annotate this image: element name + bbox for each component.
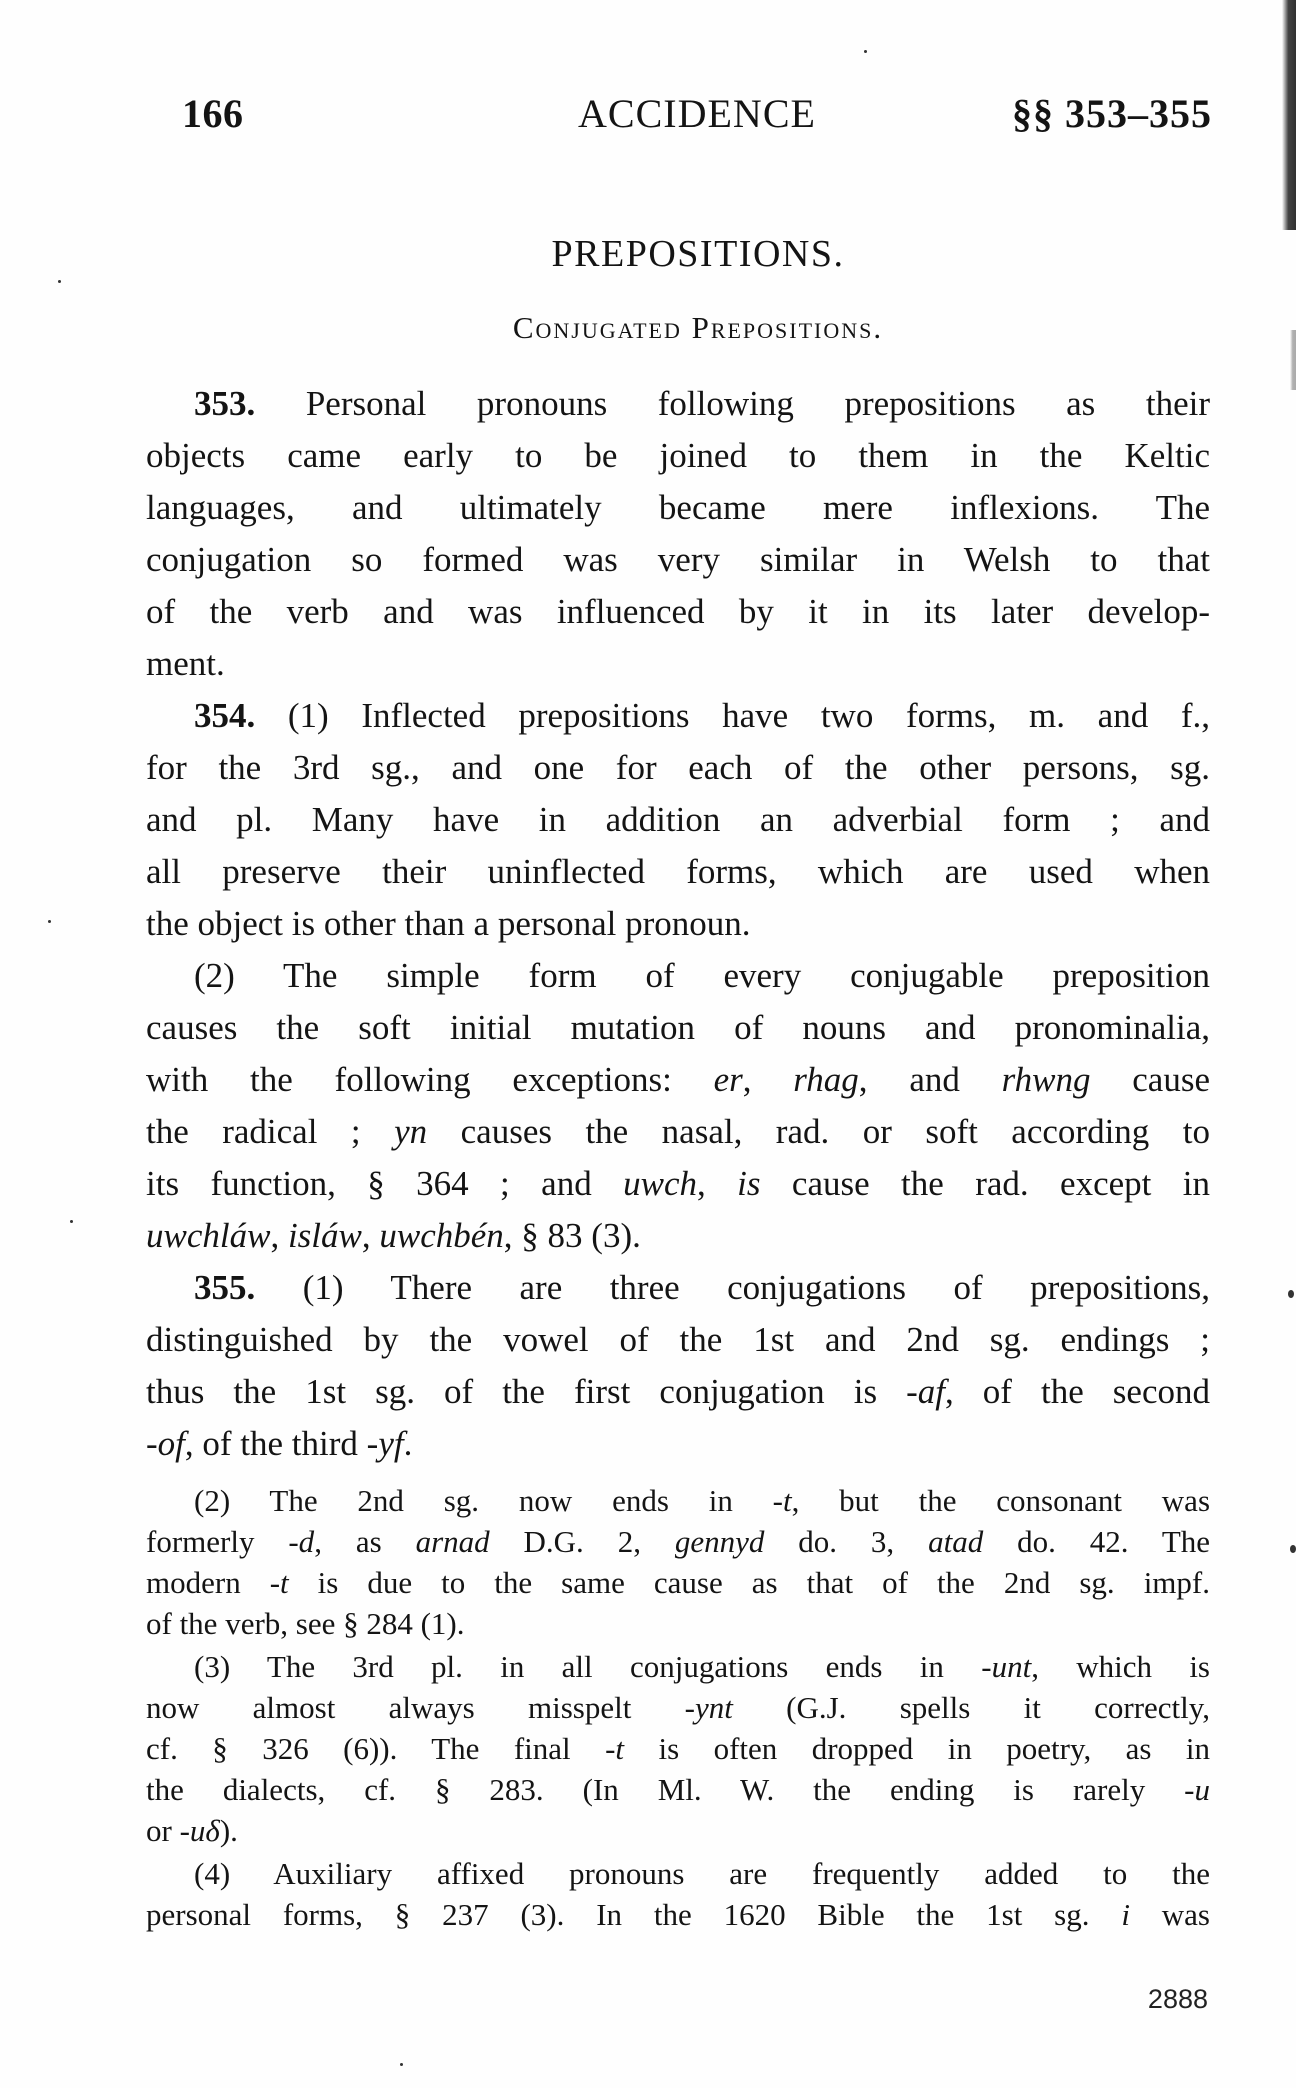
text-span: . [404, 1424, 413, 1463]
text-line: now almost always misspelt -ynt (G.J. sp… [146, 1687, 1210, 1728]
text-span: thus the 1st sg. of the first conjugatio… [146, 1372, 906, 1411]
text-span: modern [146, 1565, 270, 1600]
text-line: the dialects, cf. § 283. (In Ml. W. the … [146, 1769, 1210, 1810]
welsh-word: yn [394, 1112, 427, 1151]
welsh-word: isláw [288, 1216, 362, 1255]
text-span: , [362, 1216, 380, 1255]
section-heading: PREPOSITIONS. [50, 232, 1296, 276]
section-number: 355. [194, 1268, 255, 1307]
text-line: formerly -d, as arnad D.G. 2, gennyd do.… [146, 1521, 1210, 1562]
text-span: , as [314, 1524, 415, 1559]
text-span: (2) The 2nd sg. now ends in [194, 1483, 773, 1518]
scan-speck [1290, 1545, 1296, 1553]
welsh-word: i [1121, 1897, 1130, 1932]
text-span: personal forms, § 237 (3). In the 1620 B… [146, 1897, 1121, 1932]
ending: -af [906, 1372, 945, 1411]
paragraph-354-2: (2) The simple form of every conjugable … [146, 950, 1210, 1262]
welsh-word: is [737, 1164, 760, 1203]
text-span: , § 83 (3). [504, 1216, 641, 1255]
text-span: its function, § 364 ; and [146, 1164, 623, 1203]
text-line: (4) Auxiliary affixed pronouns are frequ… [146, 1853, 1210, 1894]
text-line: with the following exceptions: er, rhag,… [146, 1054, 1210, 1106]
page-body: 353. Personal pronouns following preposi… [146, 378, 1210, 1935]
text-span: D.G. 2, [490, 1524, 675, 1559]
text-span: cause [1090, 1060, 1210, 1099]
welsh-word: uwchláw [146, 1216, 270, 1255]
scan-edge-shadow [1282, 0, 1296, 230]
paragraph-355-4: (4) Auxiliary affixed pronouns are frequ… [146, 1853, 1210, 1935]
section-subheading: Conjugated Prepositions. [50, 310, 1296, 346]
text-line: 354. (1) Inflected prepositions have two… [146, 690, 1210, 742]
text-span: (3) The 3rd pl. in all conjugations ends… [194, 1649, 981, 1684]
text-line: conjugation so formed was very similar i… [146, 534, 1210, 586]
text-line: languages, and ultimately became mere in… [146, 482, 1210, 534]
text-span: , and [859, 1060, 1002, 1099]
scan-speck [864, 50, 867, 53]
text-span: , which is [1031, 1649, 1210, 1684]
text-span: the dialects, cf. § 283. (In Ml. W. the … [146, 1772, 1184, 1807]
scan-speck [58, 280, 61, 283]
text-line: the radical ; yn causes the nasal, rad. … [146, 1106, 1210, 1158]
welsh-word: uwchbén [379, 1216, 503, 1255]
scan-speck [48, 920, 51, 923]
text-span: do. 42. The [983, 1524, 1210, 1559]
paragraph-354-1: 354. (1) Inflected prepositions have two… [146, 690, 1210, 950]
text-span: , [743, 1060, 794, 1099]
text-span: , of the second [945, 1372, 1210, 1411]
text-line: uwchláw, isláw, uwchbén, § 83 (3). [146, 1210, 1210, 1262]
text-line: or -uδ). [146, 1810, 1210, 1851]
text-line: objects came early to be joined to them … [146, 430, 1210, 482]
ending: -of [146, 1424, 185, 1463]
text-span: , of the third [185, 1424, 367, 1463]
text-span: with the following exceptions: [146, 1060, 714, 1099]
text-span: was [1130, 1897, 1210, 1932]
ending: -u [1184, 1772, 1210, 1807]
welsh-word: rhag [793, 1060, 859, 1099]
text-line: causes the soft initial mutation of noun… [146, 1002, 1210, 1054]
small-type-notes: (2) The 2nd sg. now ends in -t, but the … [146, 1480, 1210, 1935]
scanned-page: 166 ACCIDENCE §§ 353–355 PREPOSITIONS. C… [0, 0, 1296, 2088]
text-span: do. 3, [764, 1524, 928, 1559]
welsh-word: atad [928, 1524, 983, 1559]
welsh-word: er [714, 1060, 743, 1099]
text-line: 353. Personal pronouns following preposi… [146, 378, 1210, 430]
ending: -d [288, 1524, 314, 1559]
text-span: (1) There are three conjugations of prep… [255, 1268, 1210, 1307]
text-span: formerly [146, 1524, 288, 1559]
text-line: the object is other than a personal pron… [146, 898, 1210, 950]
text-span: or [146, 1813, 180, 1848]
text-line: distinguished by the vowel of the 1st an… [146, 1314, 1210, 1366]
text-span: , [270, 1216, 288, 1255]
text-span: (1) Inflected prepositions have two form… [255, 696, 1210, 735]
ending: -uδ [180, 1813, 220, 1848]
text-line: of the verb and was influenced by it in … [146, 586, 1210, 638]
text-line: of the verb, see § 284 (1). [146, 1603, 1210, 1644]
ending: -t [270, 1565, 289, 1600]
paragraph-353: 353. Personal pronouns following preposi… [146, 378, 1210, 690]
welsh-word: gennyd [675, 1524, 765, 1559]
text-line: all preserve their uninflected forms, wh… [146, 846, 1210, 898]
text-span: (G.J. spells it correctly, [733, 1690, 1210, 1725]
ending: -yf [367, 1424, 404, 1463]
text-span: Personal pronouns following prepositions… [255, 384, 1210, 423]
text-span: cause the rad. except in [761, 1164, 1210, 1203]
folio-number: 2888 [1148, 1984, 1208, 2015]
scan-speck [400, 2063, 403, 2066]
text-line: -of, of the third -yf. [146, 1418, 1210, 1470]
paragraph-355-3: (3) The 3rd pl. in all conjugations ends… [146, 1646, 1210, 1851]
running-head: 166 ACCIDENCE §§ 353–355 [182, 90, 1212, 138]
text-span: is due to the same cause as that of the … [289, 1565, 1210, 1600]
ending: -unt [981, 1649, 1031, 1684]
text-span: causes the nasal, rad. or soft according… [427, 1112, 1210, 1151]
text-line: for the 3rd sg., and one for each of the… [146, 742, 1210, 794]
text-line: ment. [146, 638, 1210, 690]
scan-speck [1288, 1290, 1294, 1298]
text-span: , [697, 1164, 737, 1203]
text-span: ). [220, 1813, 238, 1848]
welsh-word: arnad [416, 1524, 490, 1559]
paragraph-355-1: 355. (1) There are three conjugations of… [146, 1262, 1210, 1470]
text-line: its function, § 364 ; and uwch, is cause… [146, 1158, 1210, 1210]
text-span: is often dropped in poetry, as in [624, 1731, 1210, 1766]
ending: -t [773, 1483, 792, 1518]
welsh-word: rhwng [1002, 1060, 1091, 1099]
section-number: 353. [194, 384, 255, 423]
text-line: and pl. Many have in addition an adverbi… [146, 794, 1210, 846]
ending: -ynt [685, 1690, 733, 1725]
ending: -t [605, 1731, 624, 1766]
section-number: 354. [194, 696, 255, 735]
paragraph-355-2: (2) The 2nd sg. now ends in -t, but the … [146, 1480, 1210, 1644]
text-span: cf. § 326 (6)). The final [146, 1731, 605, 1766]
text-line: 355. (1) There are three conjugations of… [146, 1262, 1210, 1314]
text-line: personal forms, § 237 (3). In the 1620 B… [146, 1894, 1210, 1935]
text-span: now almost always misspelt [146, 1690, 685, 1725]
text-line: cf. § 326 (6)). The final -t is often dr… [146, 1728, 1210, 1769]
text-line: (2) The simple form of every conjugable … [146, 950, 1210, 1002]
text-line: thus the 1st sg. of the first conjugatio… [146, 1366, 1210, 1418]
text-line: modern -t is due to the same cause as th… [146, 1562, 1210, 1603]
scan-speck [70, 1220, 73, 1223]
text-line: (2) The 2nd sg. now ends in -t, but the … [146, 1480, 1210, 1521]
section-range: §§ 353–355 [1012, 90, 1212, 138]
text-line: (3) The 3rd pl. in all conjugations ends… [146, 1646, 1210, 1687]
welsh-word: uwch [623, 1164, 697, 1203]
text-span: , but the consonant was [792, 1483, 1210, 1518]
text-span: the radical ; [146, 1112, 394, 1151]
